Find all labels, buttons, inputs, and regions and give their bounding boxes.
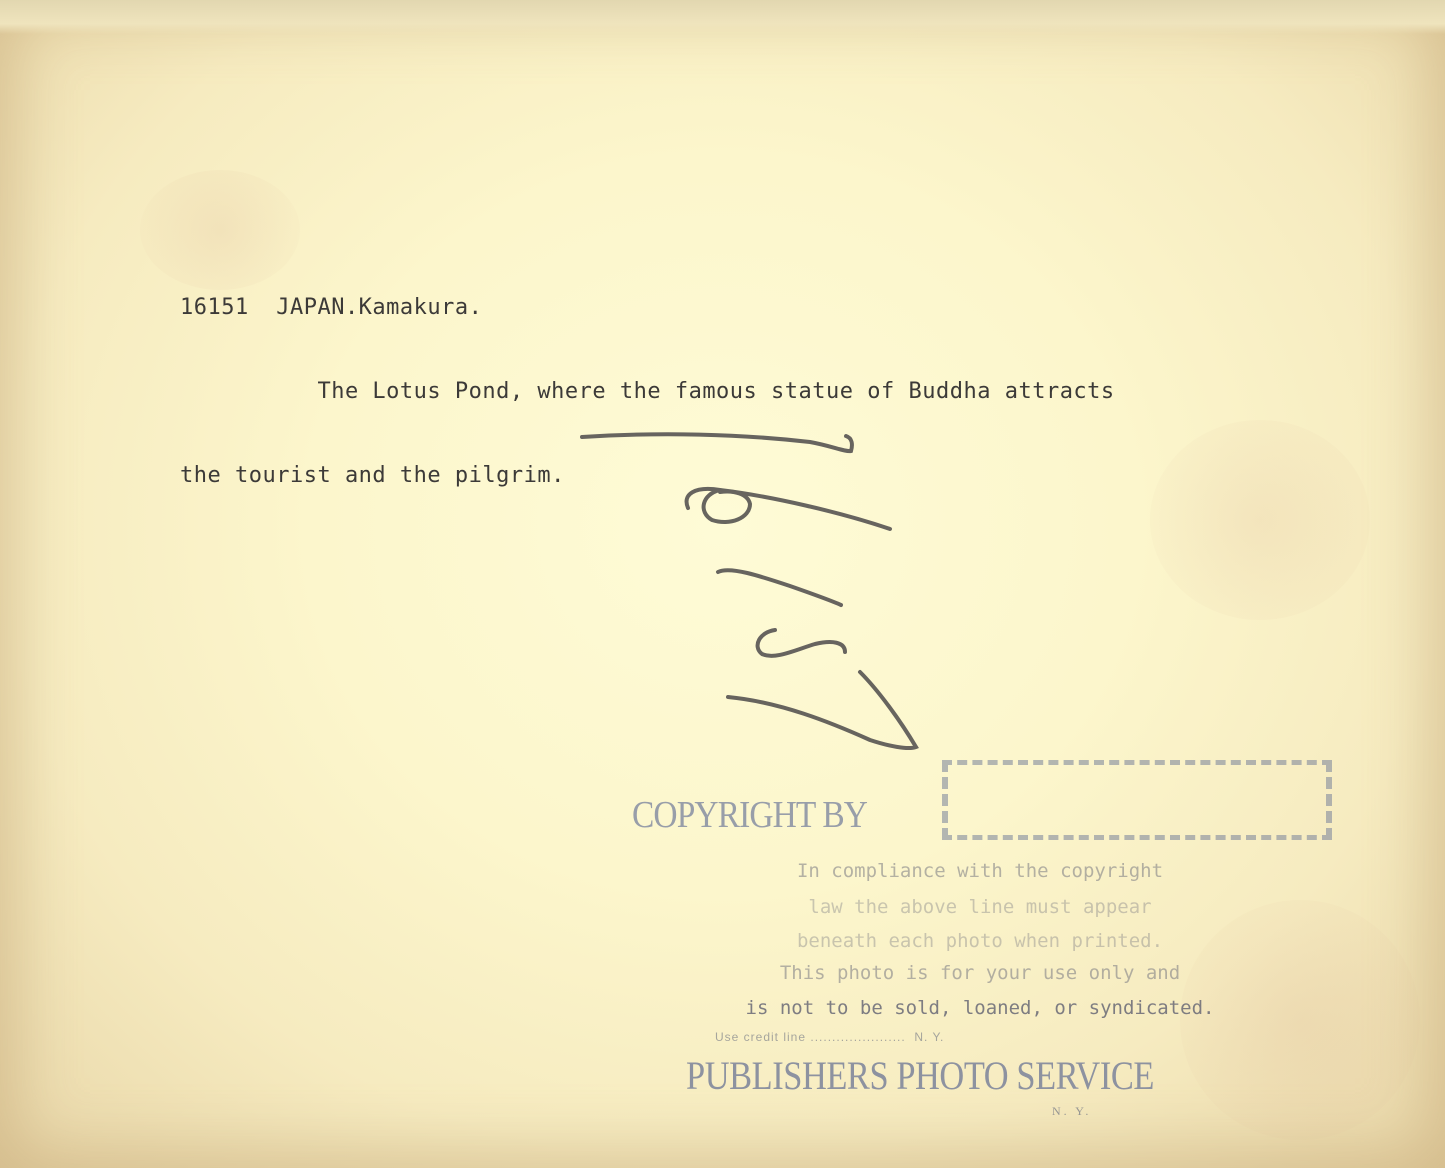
caption-line-2: The Lotus Pond, where the famous statue … bbox=[180, 378, 1115, 406]
credit-line: Use credit line ...................... N… bbox=[715, 1030, 944, 1044]
copyright-notice-line: In compliance with the copyright bbox=[640, 860, 1320, 882]
copyright-stamp-label: COPYRIGHT BY bbox=[632, 793, 867, 837]
paper-top-edge bbox=[0, 0, 1445, 34]
publisher-stamp: PUBLISHERS PHOTO SERVICE bbox=[686, 1052, 1154, 1099]
copyright-notice-line: This photo is for your use only and bbox=[640, 962, 1320, 984]
paper-stain bbox=[1150, 420, 1370, 620]
caption-line-1: 16151 JAPAN.Kamakura. bbox=[180, 294, 1115, 322]
publisher-city: N. Y. bbox=[1052, 1104, 1091, 1119]
copyright-notice-line: law the above line must appear bbox=[640, 896, 1320, 918]
handwritten-number-16157 bbox=[570, 420, 950, 760]
copyright-notice-line: is not to be sold, loaned, or syndicated… bbox=[640, 997, 1320, 1019]
copyright-notice-line: beneath each photo when printed. bbox=[640, 930, 1320, 952]
copyright-holder-stamp bbox=[942, 760, 1332, 840]
